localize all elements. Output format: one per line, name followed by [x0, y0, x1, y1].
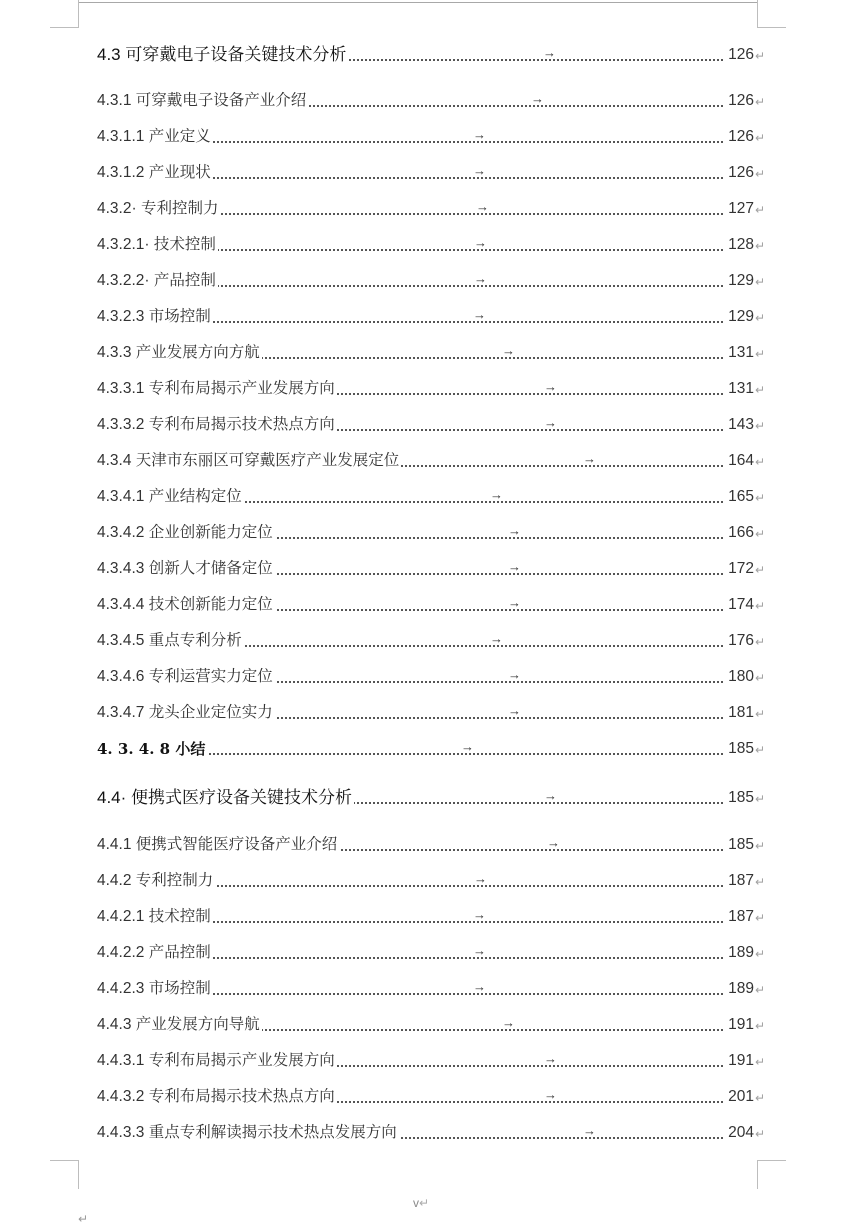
tab-arrow-icon: →	[473, 941, 486, 961]
return-mark-icon: ↵	[755, 702, 765, 726]
toc-page-number[interactable]: 166	[726, 521, 754, 545]
tab-arrow-icon: →	[508, 701, 521, 721]
toc-entry-number: 4.3.1.2	[97, 164, 144, 181]
toc-entry-text: 市场控制	[149, 980, 211, 997]
toc-entry[interactable]: 4.3.4.3 创新人才储备定位→172↵	[97, 557, 765, 581]
toc-entry[interactable]: 4.4.3.2 专利布局揭示技术热点方向→201↵	[97, 1085, 765, 1109]
tab-arrow-icon: →	[490, 485, 503, 505]
toc-page-number[interactable]: 129	[726, 305, 754, 329]
tab-arrow-icon: →	[544, 377, 557, 397]
toc-entry-title[interactable]: 4.4.2.1 技术控制	[97, 905, 213, 929]
tab-arrow-icon: →	[543, 43, 556, 63]
toc-entry-title[interactable]: 4.4.3.3 重点专利解读揭示技术热点发展方向	[97, 1121, 399, 1145]
toc-entry[interactable]: 4.3.3 产业发展方向方航→131↵	[97, 341, 765, 365]
toc-entry-title[interactable]: 4.4.2 专利控制力	[97, 869, 215, 893]
tab-arrow-icon: →	[531, 89, 544, 109]
toc-entry-title[interactable]: 4.3.4.6 专利运营实力定位	[97, 665, 275, 689]
tab-arrow-icon: →	[473, 125, 486, 145]
crop-mark-bottom-left-v	[78, 1160, 79, 1189]
toc-entry-text: 技术创新能力定位	[149, 596, 273, 613]
toc-entry[interactable]: 4.3.4.2 企业创新能力定位→166↵	[97, 521, 765, 545]
toc-entry-text: 产品控制	[149, 944, 211, 961]
toc-entry[interactable]: 4.4.3 产业发展方向导航→191↵	[97, 1013, 765, 1037]
toc-entry[interactable]: 4.4.2.1 技术控制→187↵	[97, 905, 765, 929]
page-top-border	[78, 2, 757, 3]
toc-entry-number: 4.3.4	[97, 452, 131, 469]
return-mark-icon: ↵	[755, 594, 765, 618]
crop-mark-top-right-v	[757, 0, 758, 28]
return-mark-icon: ↵	[755, 1086, 765, 1110]
toc-page-number[interactable]: 185	[726, 786, 754, 810]
toc-entry-text: 便携式智能医疗设备产业介绍	[136, 836, 338, 853]
toc-entry-text: 产业发展方向导航	[136, 1016, 260, 1033]
toc-entry-text: 专利布局揭示技术热点方向	[149, 1088, 335, 1105]
toc-entry-text: 技术控制	[149, 908, 211, 925]
toc-entry-text: 企业创新能力定位	[149, 524, 273, 541]
toc-entry-text: 重点专利分析	[149, 632, 242, 649]
return-mark-icon: ↵	[755, 787, 765, 811]
toc-entry[interactable]: 4.4.3.1 专利布局揭示产业发展方向→191↵	[97, 1049, 765, 1073]
tab-arrow-icon: →	[544, 1049, 557, 1069]
toc-entry-number: 4.3.4.4	[97, 596, 144, 613]
toc-entry[interactable]: 4.3.1.1 产业定义→126↵	[97, 125, 765, 149]
tab-arrow-icon: →	[474, 269, 487, 289]
toc-entry-number: 4.4.3.2	[97, 1088, 144, 1105]
return-mark-icon: ↵	[419, 1196, 429, 1210]
toc-page-number[interactable]: 128	[726, 233, 754, 257]
return-mark-icon: ↵	[755, 44, 765, 68]
toc-page-number[interactable]: 164	[726, 449, 754, 473]
crop-mark-bottom-left-h	[50, 1160, 79, 1161]
return-mark-icon: ↵	[755, 942, 765, 966]
toc-entry-title[interactable]: 4.3 可穿戴电子设备关键技术分析	[97, 43, 348, 67]
toc-entry-number: 4.4.2.1	[97, 908, 144, 925]
toc-entry[interactable]: 4.3.2.3 市场控制→129↵	[97, 305, 765, 329]
toc-entry[interactable]: 4.3.4.7 龙头企业定位实力→181↵	[97, 701, 765, 725]
toc-entry-title[interactable]: 4.4.1 便携式智能医疗设备产业介绍	[97, 833, 339, 857]
toc-entry[interactable]: 4.3.3.1 专利布局揭示产业发展方向→131↵	[97, 377, 765, 401]
return-mark-icon: ↵	[755, 270, 765, 294]
toc-page-number[interactable]: 176	[726, 629, 754, 653]
toc-entry-number: 4.4.3	[97, 1016, 131, 1033]
toc-entry-number: 4.3.4.7	[97, 704, 144, 721]
toc-entry-number: 4.3.2.1·	[97, 236, 150, 253]
toc-entry-number: 4.4.3.1	[97, 1052, 144, 1069]
toc-page-number[interactable]: 129	[726, 269, 754, 293]
toc-entry[interactable]: 4.4.2.2 产品控制→189↵	[97, 941, 765, 965]
toc-page-number[interactable]: 126	[726, 161, 754, 185]
return-mark-icon: ↵	[755, 486, 765, 510]
toc-entry-number: 4.3.4.6	[97, 668, 144, 685]
toc-entry-title[interactable]: 4.3.2· 专利控制力	[97, 197, 220, 221]
toc-entry[interactable]: 4.4.2.3 市场控制→189↵	[97, 977, 765, 1001]
toc-entry-number: 4.4·	[97, 788, 126, 807]
toc-entry[interactable]: 4.3.2· 专利控制力→127↵	[97, 197, 765, 221]
tab-arrow-icon: →	[502, 341, 515, 361]
tab-arrow-icon: →	[502, 1013, 515, 1033]
tab-arrow-icon: →	[508, 521, 521, 541]
toc-entry[interactable]: 4.3.4.1 产业结构定位→165↵	[97, 485, 765, 509]
tab-arrow-icon: →	[544, 413, 557, 433]
toc-entry-text: 重点专利解读揭示技术热点发展方向	[149, 1124, 397, 1141]
toc-entry-title[interactable]: 4.4· 便携式医疗设备关键技术分析	[97, 786, 354, 810]
tab-arrow-icon: →	[476, 197, 489, 217]
toc-entry-number: 4.3.3.2	[97, 416, 144, 433]
tab-arrow-icon: →	[461, 737, 474, 757]
toc-entry-title[interactable]: 4.3.3 产业发展方向方航	[97, 341, 262, 365]
toc-entry-text: 可穿戴电子设备关键技术分析	[125, 45, 346, 64]
toc-page-number[interactable]: 131	[726, 341, 754, 365]
toc-page-number[interactable]: 126	[726, 89, 754, 113]
toc-entry-text: 产业发展方向方航	[136, 344, 260, 361]
toc-entry-title[interactable]: 4.4.3 产业发展方向导航	[97, 1013, 262, 1037]
toc-entry-number: 4.4.1	[97, 836, 131, 853]
toc-entry-number: 4.4.3.3	[97, 1124, 144, 1141]
toc-entry-text: 专利布局揭示产业发展方向	[149, 1052, 335, 1069]
toc-entry-text: 技术控制	[154, 236, 216, 253]
toc-entry-text: 专利控制力	[136, 872, 214, 889]
tab-arrow-icon: →	[544, 1085, 557, 1105]
toc-page-number[interactable]: 187	[726, 869, 754, 893]
return-mark-icon: ↵	[755, 306, 765, 330]
toc-page-number[interactable]: 185	[726, 833, 754, 857]
toc-page-number[interactable]: 191	[726, 1013, 754, 1037]
toc-entry[interactable]: 4.3.1 可穿戴电子设备产业介绍→126↵	[97, 89, 765, 113]
toc-page-number[interactable]: 180	[726, 665, 754, 689]
toc-page-number[interactable]: 174	[726, 593, 754, 617]
toc-entry-text: 专利控制力	[141, 200, 219, 217]
toc-entry[interactable]: 4.3.4.5 重点专利分析→176↵	[97, 629, 765, 653]
toc-entry-number: 4.3.4.1	[97, 488, 144, 505]
toc-page-number[interactable]: 165	[726, 485, 754, 509]
crop-mark-bottom-right-v	[757, 1160, 758, 1189]
toc-entry[interactable]: 4.3 可穿戴电子设备关键技术分析→126↵	[97, 43, 765, 67]
toc-page-number[interactable]: 127	[726, 197, 754, 221]
toc-entry-text: 产业结构定位	[149, 488, 242, 505]
toc-entry[interactable]: 4.4.2 专利控制力→187↵	[97, 869, 765, 893]
toc-entry-title[interactable]: 4.4.2.2 产品控制	[97, 941, 213, 965]
toc-entry[interactable]: 4.3.2.2· 产品控制→129↵	[97, 269, 765, 293]
toc-page-number[interactable]: 126	[726, 125, 754, 149]
return-mark-icon: ↵	[755, 162, 765, 186]
return-mark-icon: ↵	[755, 198, 765, 222]
return-mark-icon: ↵	[755, 738, 765, 762]
toc-entry[interactable]: 4.3.3.2 专利布局揭示技术热点方向→143↵	[97, 413, 765, 437]
return-mark-icon: ↵	[755, 1050, 765, 1074]
toc-page-number[interactable]: 189	[726, 977, 754, 1001]
tab-arrow-icon: →	[473, 161, 486, 181]
toc-page-number[interactable]: 201	[726, 1085, 754, 1109]
return-mark-icon: ↵	[755, 522, 765, 546]
toc-entry-title[interactable]: 4.4.3.1 专利布局揭示产业发展方向	[97, 1049, 337, 1073]
tab-arrow-icon: →	[508, 593, 521, 613]
toc-entry-title[interactable]: 4.3.2.3 市场控制	[97, 305, 213, 329]
toc-entry-title[interactable]: 4.3.4.1 产业结构定位	[97, 485, 244, 509]
toc-entry-text: 产品控制	[154, 272, 216, 289]
tab-arrow-icon: →	[544, 786, 557, 806]
return-mark-icon: ↵	[755, 558, 765, 582]
tab-arrow-icon: →	[473, 977, 486, 997]
toc-page-number[interactable]: 143	[726, 413, 754, 437]
crop-mark-top-right-h	[757, 27, 786, 28]
toc-entry-number: 4.4.2.2	[97, 944, 144, 961]
toc-entry-title[interactable]: 4.3.2.2· 产品控制	[97, 269, 218, 293]
toc-page-number[interactable]: 185	[726, 737, 754, 761]
toc-entry-title[interactable]: 4.3.2.1· 技术控制	[97, 233, 218, 257]
tab-arrow-icon: →	[473, 305, 486, 325]
toc-entry-title[interactable]: 4.4.2.3 市场控制	[97, 977, 213, 1001]
return-mark-icon: ↵	[755, 90, 765, 114]
toc-entry[interactable]: 4.4· 便携式医疗设备关键技术分析→185↵	[97, 786, 765, 810]
toc-page-number[interactable]: 126	[726, 43, 754, 67]
toc-page-number[interactable]: 189	[726, 941, 754, 965]
toc-page-number[interactable]: 204	[726, 1121, 754, 1145]
return-mark-icon: ↵	[755, 834, 765, 858]
toc-entry-title[interactable]: 4.3.3.2 专利布局揭示技术热点方向	[97, 413, 337, 437]
toc-page-number[interactable]: 181	[726, 701, 754, 725]
toc-entry-text: 天津市东丽区可穿戴医疗产业发展定位	[136, 452, 400, 469]
toc-entry[interactable]: 4.4.1 便携式智能医疗设备产业介绍→185↵	[97, 833, 765, 857]
toc-entry-number: 4.3.2.3	[97, 308, 144, 325]
toc-entry-text: 产业定义	[149, 128, 211, 145]
tab-arrow-icon: →	[583, 449, 596, 469]
toc-entry-number: 4.3	[97, 45, 121, 64]
toc-entry-text: 专利运营实力定位	[149, 668, 273, 685]
toc-page-number[interactable]: 172	[726, 557, 754, 581]
toc-entry-title[interactable]: 4.3.4.7 龙头企业定位实力	[97, 701, 275, 725]
toc-entry-title[interactable]: 4.3.4 天津市东丽区可穿戴医疗产业发展定位	[97, 449, 401, 473]
toc-entry-title[interactable]: 4.3.4.3 创新人才储备定位	[97, 557, 275, 581]
tab-arrow-icon: →	[474, 233, 487, 253]
tab-arrow-icon: →	[547, 833, 560, 853]
toc-entry-number: 4.3.4.2	[97, 524, 144, 541]
tab-arrow-icon: →	[490, 629, 503, 649]
toc-entry-title[interactable]: 4.3.4.2 企业创新能力定位	[97, 521, 275, 545]
toc-entry-text: 小结	[175, 740, 205, 758]
toc-page-number[interactable]: 187	[726, 905, 754, 929]
toc-entry-title[interactable]: 4.4.3.2 专利布局揭示技术热点方向	[97, 1085, 337, 1109]
toc-entry-text: 产业现状	[149, 164, 211, 181]
toc-entry-title[interactable]: 4.3.1 可穿戴电子设备产业介绍	[97, 89, 308, 113]
toc-entry-title[interactable]: 4.3.4.5 重点专利分析	[97, 629, 244, 653]
toc-entry-number: 4.3.4.5	[97, 632, 144, 649]
toc-entry[interactable]: 4.3.4.6 专利运营实力定位→180↵	[97, 665, 765, 689]
toc-entry-title[interactable]: 4.3.1.1 产业定义	[97, 125, 213, 149]
return-mark-icon: ↵	[755, 906, 765, 930]
toc-entry-title[interactable]: 4. 3. 4. 8 小结	[97, 737, 207, 761]
tab-arrow-icon: →	[474, 869, 487, 889]
toc-entry[interactable]: 4. 3. 4. 8 小结→185↵	[97, 737, 765, 761]
toc-page-number[interactable]: 191	[726, 1049, 754, 1073]
toc-entry[interactable]: 4.3.4.4 技术创新能力定位→174↵	[97, 593, 765, 617]
crop-mark-bottom-right-h	[757, 1160, 786, 1161]
toc-entry[interactable]: 4.3.1.2 产业现状→126↵	[97, 161, 765, 185]
toc-entry-number: 4.3.1	[97, 92, 131, 109]
toc-entry-title[interactable]: 4.3.4.4 技术创新能力定位	[97, 593, 275, 617]
tab-arrow-icon: →	[508, 665, 521, 685]
toc-entry[interactable]: 4.3.2.1· 技术控制→128↵	[97, 233, 765, 257]
return-mark-icon: ↵	[755, 666, 765, 690]
tab-arrow-icon: →	[583, 1121, 596, 1141]
toc-entry-number: 4.3.3.1	[97, 380, 144, 397]
return-mark-icon: ↵	[755, 1014, 765, 1038]
toc-entry-number: 4.4.2	[97, 872, 131, 889]
toc-entry-number: 4.3.1.1	[97, 128, 144, 145]
return-mark-icon: ↵	[755, 1122, 765, 1146]
toc-entry-text: 市场控制	[149, 308, 211, 325]
toc-page-number[interactable]: 131	[726, 377, 754, 401]
paragraph-return-mark-icon: ↵	[78, 1212, 88, 1226]
return-mark-icon: ↵	[755, 414, 765, 438]
return-mark-icon: ↵	[755, 234, 765, 258]
toc-entry[interactable]: 4.3.4 天津市东丽区可穿戴医疗产业发展定位→164↵	[97, 449, 765, 473]
toc-entry-text: 可穿戴电子设备产业介绍	[136, 92, 307, 109]
toc-entry-number: 4.3.2.2·	[97, 272, 150, 289]
toc-entry-text: 专利布局揭示技术热点方向	[149, 416, 335, 433]
toc-entry-number: 4. 3. 4. 8	[97, 740, 170, 758]
toc-entry-number: 4.4.2.3	[97, 980, 144, 997]
toc-entry-title[interactable]: 4.3.1.2 产业现状	[97, 161, 213, 185]
return-mark-icon: ↵	[755, 870, 765, 894]
toc-entry-text: 创新人才储备定位	[149, 560, 273, 577]
return-mark-icon: ↵	[755, 450, 765, 474]
crop-mark-top-left-h	[50, 27, 79, 28]
return-mark-icon: ↵	[755, 978, 765, 1002]
toc-entry-title[interactable]: 4.3.3.1 专利布局揭示产业发展方向	[97, 377, 337, 401]
toc-entry-text: 专利布局揭示产业发展方向	[149, 380, 335, 397]
return-mark-icon: ↵	[755, 126, 765, 150]
toc-entry-text: 便携式医疗设备关键技术分析	[131, 788, 352, 807]
page-footer-number: v↵	[413, 1196, 429, 1210]
toc-entry-text: 龙头企业定位实力	[149, 704, 273, 721]
tab-arrow-icon: →	[508, 557, 521, 577]
toc-entry[interactable]: 4.4.3.3 重点专利解读揭示技术热点发展方向→204↵	[97, 1121, 765, 1145]
toc-entry-number: 4.3.3	[97, 344, 131, 361]
tab-arrow-icon: →	[473, 905, 486, 925]
toc-entry-number: 4.3.4.3	[97, 560, 144, 577]
return-mark-icon: ↵	[755, 630, 765, 654]
return-mark-icon: ↵	[755, 378, 765, 402]
toc-entry-number: 4.3.2·	[97, 200, 137, 217]
crop-mark-top-left-v	[78, 0, 79, 28]
return-mark-icon: ↵	[755, 342, 765, 366]
